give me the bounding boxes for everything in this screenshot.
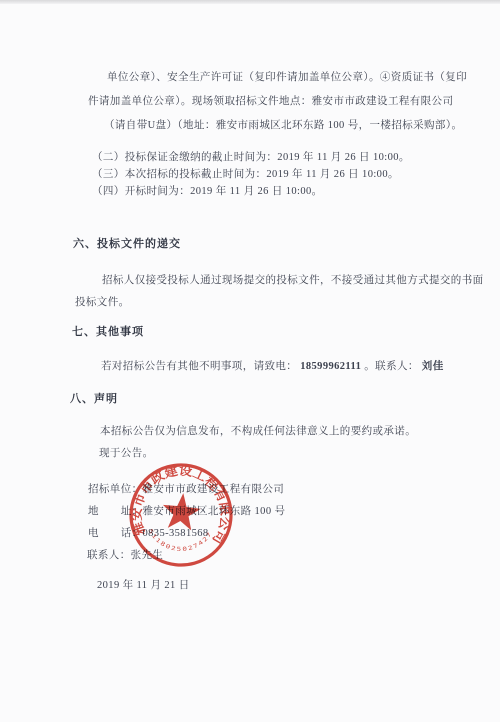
section6-heading: 六、投标文件的递交 [73, 235, 181, 251]
contact-phone-number: 18599962111 [300, 361, 361, 372]
scanned-bid-announcement-page: 单位公章）、安全生产许可证（复印件请加盖单位公章）。④资质证书（复印 件请加盖单… [0, 0, 500, 722]
license-paragraph-line3: （请自带U盘）（地址：雅安市雨城区北环东路 100 号，一楼招标采购部）。 [104, 117, 462, 132]
star-icon [161, 491, 203, 531]
seal-serial-number: 5118025027427 [145, 524, 215, 556]
deadline-item-2: （二）投标保证金缴纳的截止时间为：2019 年 11 月 26 日 10:00。 [92, 149, 410, 164]
contact-instruction-text: 若对招标公告有其他不明事项，请致电： [101, 361, 297, 372]
section8-heading: 八、声明 [70, 390, 118, 406]
deadline-item-4: （四）开标时间为：2019 年 11 月 26 日 10:00。 [92, 183, 323, 198]
license-paragraph-line1: 单位公章）、安全生产许可证（复印件请加盖单位公章）。④资质证书（复印 [107, 69, 467, 84]
section6-line1: 招标人仅接受投标人通过现场提交的投标文件，不接受通过其他方式提交的书面 [102, 272, 484, 287]
section8-line1: 本招标公告仅为信息发布，不构成任何法律意义上的要约或承诺。 [100, 423, 416, 438]
svg-text:5118025027427: 5118025027427 [145, 524, 215, 556]
section7-line: 若对招标公告有其他不明事项，请致电： 18599962111 。联系人： 刘佳 [101, 358, 444, 373]
license-paragraph-line2: 件请加盖单位公章）。现场领取招标文件地点：雅安市市政建设工程有限公司 [88, 93, 453, 108]
company-seal: 雅安市市政建设工程有限公司 5118025027427 [115, 449, 247, 581]
scan-edge [0, 0, 500, 4]
section7-heading: 七、其他事项 [72, 323, 144, 339]
contact-person-label: 。联系人： [364, 361, 419, 372]
section6-line2: 投标文件。 [75, 294, 130, 309]
document-date: 2019 年 11 月 21 日 [97, 577, 190, 592]
contact-person-name: 刘佳 [422, 361, 444, 372]
deadline-item-3: （三）本次招标的投标截止时间为：2019 年 11 月 26 日 10:00。 [92, 166, 399, 181]
